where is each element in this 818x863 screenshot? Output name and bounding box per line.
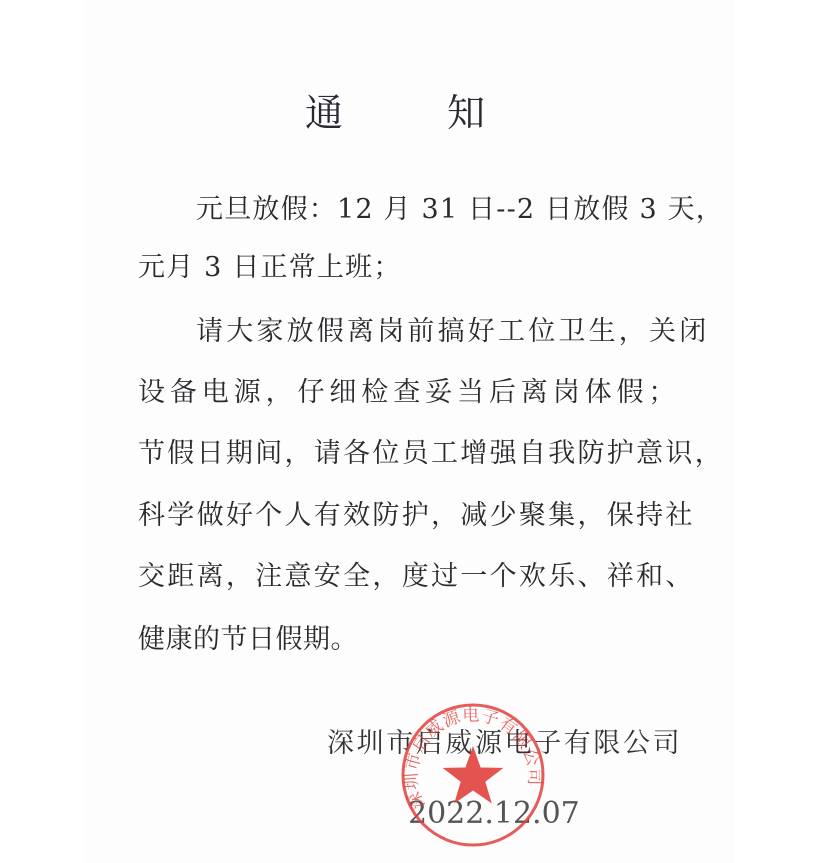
signature-date: 2022.12.07 xyxy=(408,794,580,834)
title-char-2: 知 xyxy=(447,88,485,138)
body-line: 设备电源，仔细检查妥当后离岗体假； xyxy=(138,373,680,413)
body-line: 元月 3 日正常上班； xyxy=(138,248,402,288)
body-line: 元旦放假：12 月 31 日--2 日放假 3 天， xyxy=(196,190,724,230)
body-line: 请大家放假离岗前搞好工位卫生，关闭 xyxy=(196,312,709,352)
title-char-1: 通 xyxy=(305,88,343,138)
body-line: 健康的节日假期。 xyxy=(138,620,358,660)
body-line: 科学做好个人有效防护，减少聚集，保持社 xyxy=(138,496,695,536)
page-title: 通 知 xyxy=(0,88,818,138)
body-line: 交距离，注意安全，度过一个欢乐、祥和、 xyxy=(138,557,695,597)
body-line: 节假日期间，请各位员工增强自我防护意识， xyxy=(138,434,724,474)
signature-company: 深圳市启威源电子有限公司 xyxy=(327,724,682,764)
